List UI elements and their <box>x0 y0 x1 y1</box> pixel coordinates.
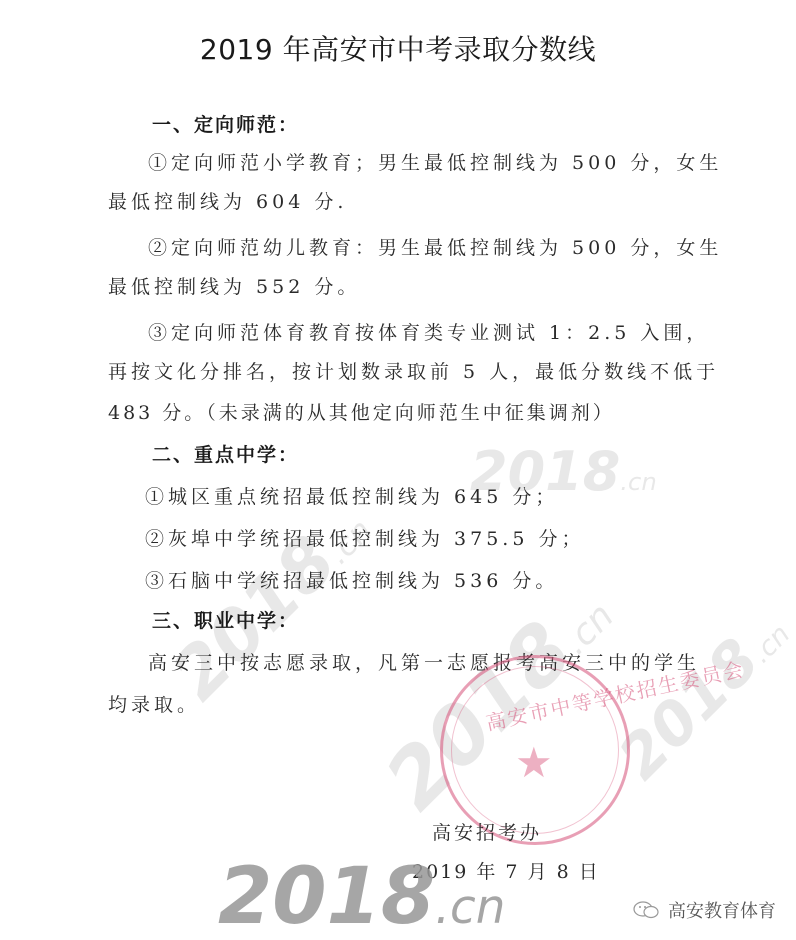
text-line: 再按文化分排名，按计划数录取前 5 人，最低分数线不低于 <box>108 357 719 384</box>
official-stamp: 高安市中等学校招生委员会 ★ <box>440 655 630 845</box>
section-heading: 二、重点中学： <box>152 440 299 467</box>
text-line: 最低控制线为 604 分. <box>108 187 347 214</box>
document-page: 2018.cn 2018.cn 2018.cn 2018.cn 2019 年高安… <box>0 0 796 940</box>
account-name: 高安教育体育 <box>668 897 776 923</box>
star-icon: ★ <box>515 738 553 787</box>
section-heading: 一、定向师范： <box>152 110 299 137</box>
text-line: 均录取。 <box>108 690 200 717</box>
wechat-account-badge: 高安教育体育 <box>626 893 782 927</box>
text-line: ①定向师范小学教育；男生最低控制线为 500 分，女生 <box>148 148 722 175</box>
wechat-icon <box>632 900 660 920</box>
text-line: ②灰埠中学统招最低控制线为 375.5 分； <box>145 524 584 551</box>
text-line: ②定向师范幼儿教育：男生最低控制线为 500 分，女生 <box>148 233 722 260</box>
section-heading: 三、职业中学： <box>152 606 299 633</box>
text-line: 高安三中按志愿录取，凡第一志愿报考高安三中的学生 <box>148 648 700 675</box>
document-title: 2019 年高安市中考录取分数线 <box>0 28 796 68</box>
text-line: 最低控制线为 552 分。 <box>108 272 360 299</box>
text-line: ③定向师范体育教育按体育类专业测试 1：2.5 入围， <box>148 318 709 345</box>
text-line: 483 分。（未录满的从其他定向师范生中征集调剂） <box>108 398 615 425</box>
text-line: ③石脑中学统招最低控制线为 536 分。 <box>145 566 558 593</box>
watermark: 2018.cn <box>156 486 385 715</box>
issuer-name: 高安招考办 <box>432 818 542 845</box>
issue-date: 2019 年 7 月 8 日 <box>412 857 600 884</box>
text-line: ①城区重点统招最低控制线为 645 分； <box>145 482 558 509</box>
